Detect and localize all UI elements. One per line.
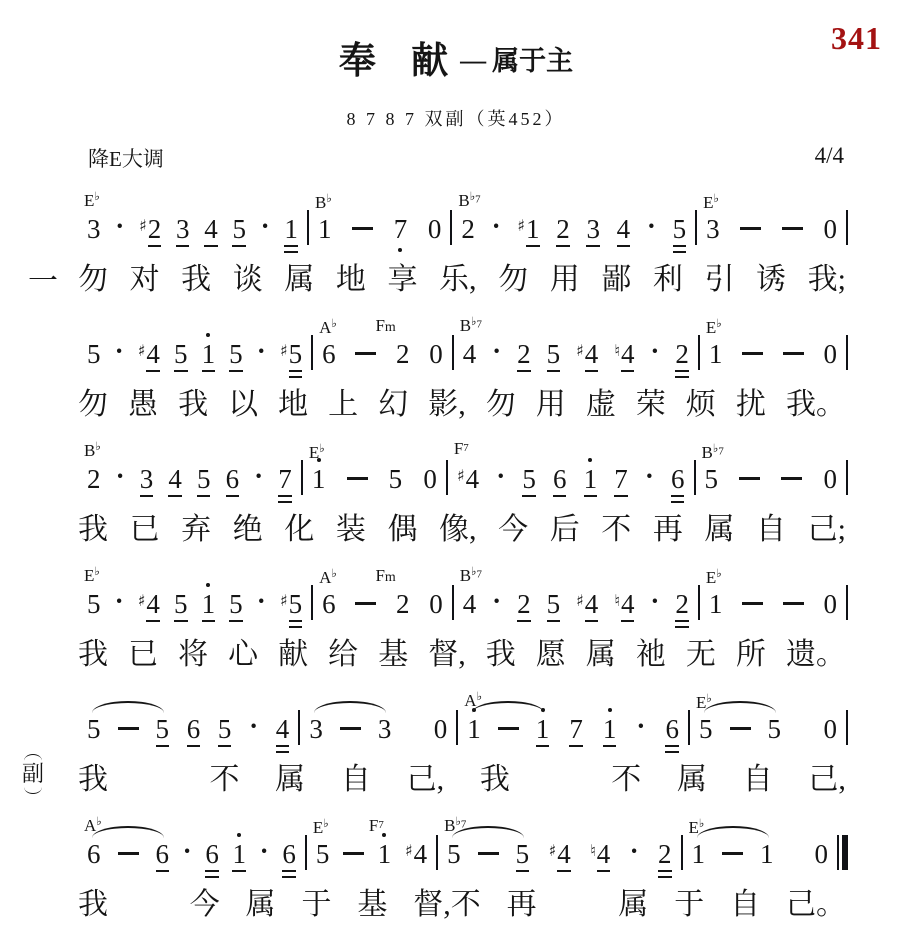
chord-label: E♭ [84, 189, 100, 211]
rest-note: 0 [823, 216, 837, 243]
note: 5 [516, 841, 530, 872]
note-digit: 6 [553, 466, 567, 497]
note-digit: 6 [87, 841, 101, 868]
note: ♯4 [576, 341, 598, 372]
note-digit: 5 [547, 591, 561, 622]
verse-number: 一 [28, 264, 58, 300]
final-barline-thin [837, 835, 839, 870]
lyric-syllable: 装 [336, 512, 366, 548]
duration-dash [355, 602, 376, 605]
music-system: 5·♯4515·♯5A♭Fm620B♭74·25♯4♮4·2E♭10勿愚我以地上… [78, 328, 848, 423]
note: 3 [378, 716, 392, 743]
note: 5 [705, 466, 719, 493]
note-digit: 1 [692, 841, 706, 868]
lyric-syllable: 心 [228, 637, 258, 673]
augmentation-dot: · [115, 211, 124, 242]
lyric-syllable: 今 [498, 512, 528, 548]
note: 6 [282, 841, 296, 872]
rest-note: 0 [815, 841, 829, 868]
augmentation-dot: · [492, 211, 501, 242]
note-digit: 6 [205, 841, 219, 872]
sharp-icon: ♯ [138, 341, 146, 360]
chord-label: B♭7 [458, 189, 480, 211]
note: 5 [174, 341, 188, 372]
chord-label: F7 [369, 816, 384, 836]
second-underline [673, 251, 687, 253]
lyric-syllable: 愚 [128, 387, 158, 423]
note-digit: 4 [585, 341, 599, 372]
note: 6 [87, 841, 101, 868]
second-underline [675, 376, 689, 378]
lyric-syllable: 偶 [387, 512, 417, 548]
measure: B♭755♯4♮4·2 [438, 839, 680, 872]
sharp-icon: ♯ [517, 216, 525, 235]
note-digit: 0 [823, 466, 837, 493]
sharp-icon: ♯ [576, 591, 584, 610]
rest-note: 0 [823, 341, 837, 368]
note: 6 [671, 466, 685, 497]
sharp-icon: ♯ [576, 341, 584, 360]
note: ♯5 [280, 341, 302, 372]
note: 5 [197, 466, 211, 497]
chord-label: B♭7 [702, 441, 724, 463]
note: 6 [187, 716, 201, 747]
note-digit: 1 [378, 841, 392, 868]
augmentation-dot: · [492, 336, 501, 367]
slur-group: 11 [692, 841, 774, 868]
measure: E♭10 [700, 591, 846, 618]
meter-info: 8 7 8 7 双副（英452） [0, 105, 912, 131]
duration-dash [740, 227, 761, 230]
note: 5 [673, 216, 687, 247]
note-digit: 0 [423, 466, 437, 493]
title-dash: — [460, 46, 486, 75]
time-signature: 4/4 [815, 143, 844, 173]
slur-group: 55 [87, 716, 169, 747]
note: 4 [463, 341, 477, 368]
note: 5 [87, 341, 101, 368]
note-digit: 1 [536, 716, 550, 747]
lyric-syllable: 利 [653, 262, 683, 298]
note-digit: 2 [517, 591, 531, 622]
duration-dash [478, 852, 499, 855]
note-digit: 2 [658, 841, 672, 872]
measure: B♭2·3456·7 [78, 464, 301, 497]
chord-label: A♭ [319, 566, 337, 588]
note-digit: 5 [516, 841, 530, 872]
high-octave-dot [588, 458, 592, 462]
note-digit: 7 [394, 216, 408, 243]
lyric-syllable: 属 [284, 262, 314, 298]
measure: E♭550 [690, 716, 846, 743]
rest-note: 0 [428, 216, 442, 243]
barline [846, 210, 848, 245]
augmentation-dot: · [645, 461, 654, 492]
note: 2 [517, 591, 531, 622]
slur-group: 55 [699, 716, 781, 743]
high-octave-dot [206, 333, 210, 337]
note: 4 [204, 216, 218, 247]
note: ♯2 [139, 216, 161, 247]
second-underline [671, 501, 685, 503]
note: 6 [322, 341, 336, 368]
lyric-syllable: 勿 [486, 387, 516, 423]
note-digit: 6 [282, 841, 296, 872]
key-row: 降E大调 4/4 [88, 143, 844, 173]
lyric-syllable: 地 [278, 387, 308, 423]
sharp-icon: ♯ [139, 216, 147, 235]
note: 1 [760, 841, 774, 868]
music-system: E♭3·♯2345·1B♭170B♭72·♯1234·5E♭30一勿对我谈属地享… [78, 203, 848, 298]
lyric-syllable: 已 [128, 637, 158, 673]
note-digit: 2 [675, 341, 689, 372]
measure: A♭Fm620 [313, 341, 452, 368]
note-digit: 5 [229, 341, 243, 372]
note-digit: 1 [603, 716, 617, 747]
duration-dash [781, 477, 802, 480]
lyric-syllable: 不 [209, 762, 239, 798]
note: 5 [522, 466, 536, 497]
note-digit: 0 [824, 716, 838, 743]
note: ♯5 [280, 591, 302, 622]
high-octave-dot [472, 708, 476, 712]
duration-dash [118, 852, 139, 855]
lyric-syllable: 后 [550, 512, 580, 548]
duration-dash [783, 352, 804, 355]
high-octave-dot [608, 708, 612, 712]
sharp-icon: ♯ [548, 841, 556, 860]
note-digit: 7 [569, 716, 583, 747]
second-underline [278, 501, 292, 503]
hymn-number: 341 [831, 20, 882, 57]
note-digit: 5 [289, 591, 303, 622]
lyric-syllable: 我 [480, 762, 510, 798]
note-digit: 0 [428, 216, 442, 243]
measure: A♭66·61·6 [78, 839, 305, 872]
measure: B♭750 [696, 466, 846, 493]
note-digit: 5 [197, 466, 211, 497]
note: 5 [547, 591, 561, 622]
note: 6 [553, 466, 567, 497]
note-digit: 5 [87, 716, 101, 743]
lyric-syllable: 谈 [233, 262, 263, 298]
lyric-syllable: 属 [677, 762, 707, 798]
note-digit: 3 [140, 466, 154, 497]
note-digit: 0 [429, 591, 443, 618]
note-digit: 4 [146, 341, 160, 372]
note-digit: 3 [87, 216, 101, 243]
augmentation-dot: · [254, 461, 263, 492]
note: 5 [768, 716, 782, 743]
lyrics-row: 我已弃绝化装偶像,今后不再属自己; [78, 512, 846, 548]
note-digit: 0 [429, 341, 443, 368]
augmentation-dot: · [647, 211, 656, 242]
chord-label: E♭ [706, 566, 722, 588]
lyric-syllable: 我; [808, 262, 846, 298]
sharp-icon: ♯ [405, 841, 413, 860]
hymn-sheet: 341 奉 献—属于主 8 7 8 7 双副（英452） 降E大调 4/4 E♭… [0, 0, 912, 927]
note: 1 [692, 841, 706, 868]
barline [846, 710, 848, 745]
augmentation-dot: · [650, 586, 659, 617]
lyric-syllable: 我。 [786, 387, 846, 423]
note: 3 [87, 216, 101, 243]
measure: 5·♯4515·♯5 [78, 339, 311, 372]
augmentation-dot: · [249, 711, 258, 742]
note: 7 [394, 216, 408, 243]
note-digit: 4 [276, 716, 290, 747]
note: 1 [312, 466, 326, 493]
duration-dash [340, 727, 361, 730]
note-digit: 4 [585, 591, 599, 622]
note-digit: 5 [229, 591, 243, 622]
note-digit: 4 [621, 591, 635, 622]
note-digit: 0 [815, 841, 829, 868]
note: 2 [461, 216, 475, 243]
augmentation-dot: · [636, 711, 645, 742]
note: 1 [584, 466, 598, 497]
note-digit: 2 [675, 591, 689, 622]
refrain-char: 副 [22, 762, 44, 786]
lyric-syllable: 以 [228, 387, 258, 423]
duration-dash [782, 227, 803, 230]
high-octave-dot [382, 833, 386, 837]
lyric-syllable: 再 [507, 887, 537, 923]
duration-dash [742, 602, 763, 605]
note-digit: 1 [202, 591, 216, 622]
chord-label: Fm [375, 566, 395, 586]
note: 2 [396, 591, 410, 618]
note-digit: 1 [467, 716, 481, 743]
lyric-syllable: 己, [407, 762, 445, 798]
note: 5 [156, 716, 170, 747]
note: 7 [569, 716, 583, 747]
hymn-subtitle: 属于主 [492, 46, 573, 76]
lyric-syllable: 基 [378, 637, 408, 673]
high-octave-dot [237, 833, 241, 837]
note: 6 [156, 841, 170, 872]
note: 2 [87, 466, 101, 493]
measure: E♭30 [697, 216, 846, 243]
barline [846, 335, 848, 370]
low-octave-dot [398, 248, 402, 252]
high-octave-dot [317, 458, 321, 462]
lyric-syllable: 属 [275, 762, 305, 798]
lyric-syllable: 将 [178, 637, 208, 673]
measure: E♭5·♯4515·♯5 [78, 589, 311, 622]
note-digit: 5 [174, 341, 188, 372]
note: 5 [229, 341, 243, 372]
rest-note: 0 [429, 341, 443, 368]
note: ♯4 [138, 591, 160, 622]
lyric-syllable: 己。 [786, 887, 846, 923]
notation-row: A♭66·61·6E♭F751♯4B♭755♯4♮4·2E♭110 [78, 828, 848, 872]
lyric-syllable: 化 [284, 512, 314, 548]
note-digit: 5 [87, 341, 101, 368]
note-digit: 0 [823, 341, 837, 368]
note: 4 [463, 591, 477, 618]
note: 6 [205, 841, 219, 872]
note: 6 [226, 466, 240, 497]
note-digit: 5 [87, 591, 101, 618]
note: 4 [168, 466, 182, 497]
note: ♮4 [614, 591, 634, 622]
lyric-syllable: 属 [618, 887, 648, 923]
lyric-syllable: 我 [78, 512, 108, 548]
lyric-syllable: 所 [736, 637, 766, 673]
note-digit: 6 [187, 716, 201, 747]
second-underline [289, 376, 303, 378]
note-digit: 7 [278, 466, 292, 497]
lyric-syllable: 幻 [378, 387, 408, 423]
note: 1 [467, 716, 481, 743]
measure: A♭Fm620 [313, 591, 452, 618]
hymn-title: 奉 献 [339, 41, 448, 82]
note-digit: 0 [823, 216, 837, 243]
note: 6 [322, 591, 336, 618]
lyric-syllable: 己, [808, 762, 846, 798]
note: ♯4 [576, 591, 598, 622]
title-row: 奉 献—属于主 [0, 30, 912, 84]
note: 2 [396, 341, 410, 368]
lyric-syllable: 属 [704, 512, 734, 548]
lyric-syllable: 引 [704, 262, 734, 298]
note-digit: 2 [396, 341, 410, 368]
augmentation-dot: · [257, 586, 266, 617]
note-digit: 1 [526, 216, 540, 247]
duration-dash [343, 852, 364, 855]
note-digit: 1 [709, 341, 723, 368]
augmentation-dot: · [115, 586, 124, 617]
chord-label: E♭ [84, 564, 100, 586]
note-digit: 6 [322, 591, 336, 618]
note-digit: 1 [760, 841, 774, 868]
refrain-paren-bottom [24, 787, 42, 794]
duration-dash [498, 727, 519, 730]
lyrics-row: 我已将心献给基督,我愿属祂无所遗。 [78, 637, 846, 673]
chord-label: E♭ [706, 316, 722, 338]
note: 5 [218, 716, 232, 747]
measure: B♭170 [309, 216, 450, 243]
note-digit: 2 [461, 216, 475, 243]
lyric-syllable: 弃 [181, 512, 211, 548]
lyric-syllable: 自 [743, 762, 773, 798]
key-signature: 降E大调 [88, 143, 164, 173]
note-digit: 0 [823, 591, 837, 618]
lyric-syllable: 我 [181, 262, 211, 298]
lyric-syllable: 于 [674, 887, 704, 923]
slur-group: 11 [467, 716, 549, 747]
note: 3 [309, 716, 323, 743]
lyric-syllable: 勿 [78, 262, 108, 298]
duration-dash [347, 477, 368, 480]
note: 2 [658, 841, 672, 872]
measure: 5565·4 [78, 714, 298, 747]
note-digit: 1 [284, 216, 298, 247]
note-digit: 0 [434, 716, 448, 743]
lyrics-row: 一勿对我谈属地享乐,勿用鄙利引诱我; [78, 262, 846, 298]
lyric-syllable: 用 [536, 387, 566, 423]
lyric-syllable: 不 [601, 512, 631, 548]
natural-icon: ♮ [590, 841, 596, 860]
augmentation-dot: · [183, 836, 192, 867]
note: 3 [176, 216, 190, 247]
note: 5 [232, 216, 246, 247]
note: 1 [318, 216, 332, 243]
note: 5 [87, 716, 101, 743]
lyric-syllable: 属 [246, 887, 276, 923]
second-underline [276, 751, 290, 753]
lyric-syllable: 乐, [439, 262, 477, 298]
note: 5 [316, 841, 330, 868]
note: 5 [699, 716, 713, 743]
lyric-syllable: 督,不 [413, 887, 481, 923]
lyric-syllable: 无 [686, 637, 716, 673]
notation-row: E♭3·♯2345·1B♭170B♭72·♯1234·5E♭30 [78, 203, 848, 247]
refrain-marker: 副 [22, 754, 44, 794]
note: 2 [675, 341, 689, 372]
lyric-syllable: 己; [808, 512, 846, 548]
note: 1 [709, 591, 723, 618]
measure: B♭74·25♯4♮4·2 [454, 589, 698, 622]
augmentation-dot: · [116, 461, 125, 492]
note-digit: 3 [378, 716, 392, 743]
rest-note: 0 [429, 591, 443, 618]
note-digit: 3 [309, 716, 323, 743]
measure: E♭150 [303, 466, 446, 493]
measure: E♭10 [700, 341, 846, 368]
slur-group: 55 [447, 841, 529, 872]
refrain-paren-top [24, 754, 42, 761]
note: 5 [447, 841, 461, 868]
lyric-syllable: 我 [178, 387, 208, 423]
augmentation-dot: · [257, 336, 266, 367]
score: E♭3·♯2345·1B♭170B♭72·♯1234·5E♭30一勿对我谈属地享… [78, 203, 848, 923]
lyric-syllable: 烦 [686, 387, 716, 423]
rest-note: 0 [423, 466, 437, 493]
slur-group: 33 [309, 716, 391, 743]
augmentation-dot: · [650, 336, 659, 367]
measure: E♭F751♯4 [307, 841, 436, 868]
duration-dash [783, 602, 804, 605]
chord-label: A♭ [319, 316, 337, 338]
note-digit: 5 [389, 466, 403, 493]
final-barline-thick [842, 835, 848, 870]
note-digit: 5 [174, 591, 188, 622]
note: 3 [140, 466, 154, 497]
rest-note: 0 [434, 716, 448, 743]
lyric-syllable: 献 [278, 637, 308, 673]
note-digit: 3 [706, 216, 720, 243]
lyric-syllable: 勿 [78, 387, 108, 423]
lyric-syllable: 今 [190, 887, 220, 923]
rest-note: 0 [823, 591, 837, 618]
note-digit: 2 [148, 216, 162, 247]
natural-icon: ♮ [614, 341, 620, 360]
note-digit: 4 [146, 591, 160, 622]
music-system: B♭2·3456·7E♭150F7♯4·5617·6B♭750我已弃绝化装偶像,… [78, 453, 848, 548]
second-underline [205, 876, 219, 878]
note-digit: 5 [522, 466, 536, 497]
augmentation-dot: · [496, 461, 505, 492]
note-digit: 5 [705, 466, 719, 493]
lyric-syllable: 鄙 [601, 262, 631, 298]
note-digit: 4 [617, 216, 631, 247]
note-digit: 2 [396, 591, 410, 618]
duration-dash [355, 352, 376, 355]
note: ♯4 [457, 466, 479, 493]
second-underline [284, 251, 298, 253]
